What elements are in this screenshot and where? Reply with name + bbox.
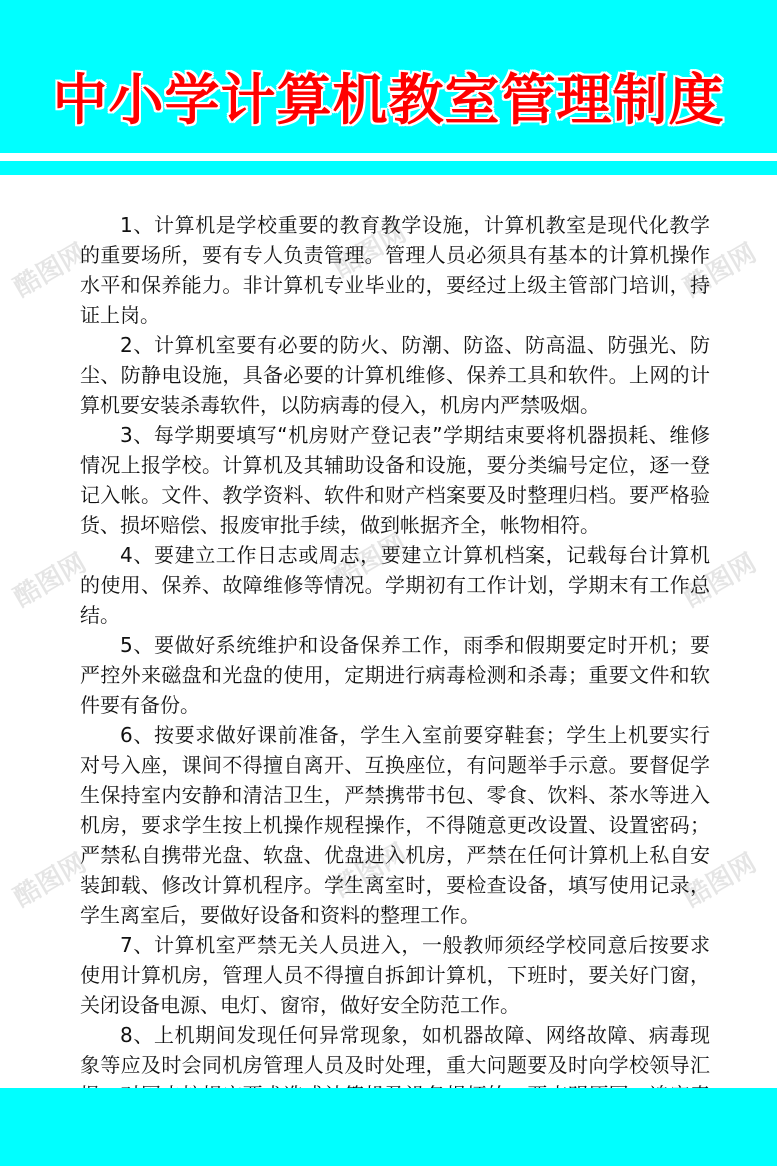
regulation-item-1: 1、计算机是学校重要的教育教学设施，计算机教室是现代化教学的重要场所，要有专人负… <box>80 210 710 330</box>
header-banner: 中小学计算机教室管理制度 <box>0 0 777 153</box>
divider-cyan-stripe <box>0 161 777 175</box>
regulation-item-2: 2、计算机室要有必要的防火、防潮、防盗、防高温、防强光、防尘、防静电设施，具备必… <box>80 330 710 420</box>
regulation-item-3: 3、每学期要填写“机房财产登记表”学期结束要将机器损耗、维修情况上报学校。计算机… <box>80 420 710 540</box>
divider-white-stripe <box>0 153 777 161</box>
regulation-item-5: 5、要做好系统维护和设备保养工作，雨季和假期要定时开机；要严控外来磁盘和光盘的使… <box>80 630 710 720</box>
regulations-body: 1、计算机是学校重要的教育教学设施，计算机教室是现代化教学的重要场所，要有专人负… <box>80 210 710 1140</box>
regulation-item-7: 7、计算机室严禁无关人员进入，一般教师须经学校同意后按要求使用计算机房，管理人员… <box>80 930 710 1020</box>
regulation-item-4: 4、要建立工作日志或周志，要建立计算机档案，记载每台计算机的使用、保养、故障维修… <box>80 540 710 630</box>
regulation-item-6: 6、按要求做好课前准备，学生入室前要穿鞋套；学生上机要实行对号入座，课间不得擅自… <box>80 720 710 930</box>
page-title: 中小学计算机教室管理制度 <box>0 60 777 140</box>
footer-banner <box>0 1088 777 1166</box>
